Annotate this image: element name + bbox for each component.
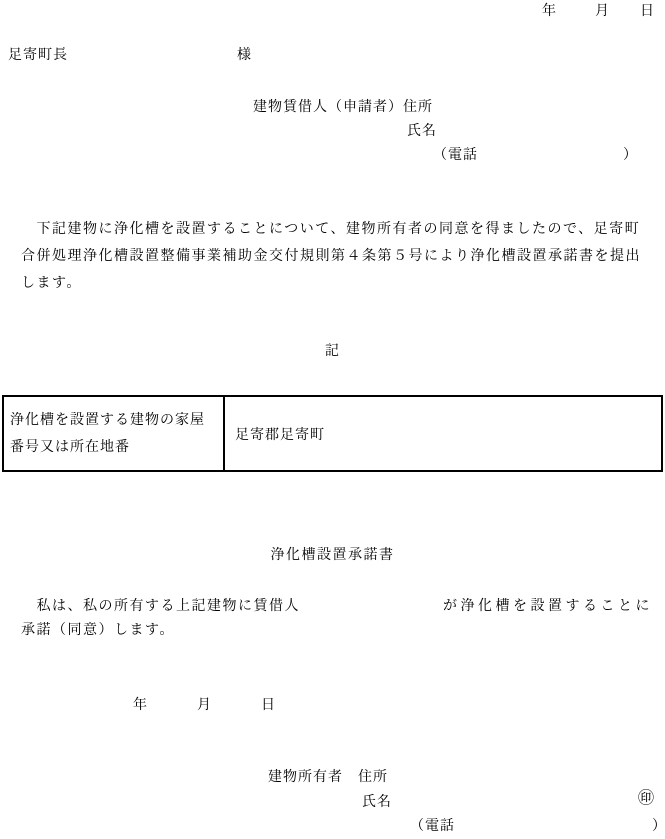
applicant-name-label: 氏名 — [407, 124, 437, 139]
applicant-address-label: 建物賃借人（申請者）住所 — [253, 100, 433, 115]
body-paragraph-line3: します。 — [21, 276, 82, 291]
table-label-line2: 番号又は所在地番 — [10, 434, 223, 461]
body-paragraph-line2: 合併処理浄化槽設置整備事業補助金交付規則第４条第５号により浄化槽設置承諾書を提出 — [21, 249, 641, 264]
top-date-day-label: 日 — [640, 4, 655, 19]
consent-date-year-label: 年 — [133, 698, 148, 713]
addressee-honorific: 様 — [237, 48, 252, 63]
consent-date-day-label: 日 — [261, 698, 276, 713]
owner-address-label: 建物所有者 住所 — [268, 770, 388, 785]
top-date-year-label: 年 — [542, 4, 557, 19]
owner-name-label: 氏名 — [362, 795, 392, 810]
consent-line1-post: が浄化槽を設置することに — [443, 599, 653, 614]
addressee-title: 足寄町長 — [8, 48, 68, 63]
seal-mark-icon: ㊞ — [638, 791, 654, 806]
record-marker: 記 — [0, 344, 665, 359]
consent-form-page: 年 月 日 足寄町長 様 建物賃借人（申請者）住所 氏名 （電話 ） 下記建物に… — [0, 0, 665, 839]
consent-line2: 承諾（同意）します。 — [21, 623, 175, 638]
owner-phone-close: ） — [652, 819, 665, 834]
consent-section-title: 浄化槽設置承諾書 — [0, 548, 665, 563]
table-value-cell: 足寄郡足寄町 — [225, 397, 661, 470]
applicant-phone-close: ） — [623, 148, 638, 163]
top-date-month-label: 月 — [595, 4, 610, 19]
table-label-cell: 浄化槽を設置する建物の家屋 番号又は所在地番 — [4, 397, 225, 470]
applicant-phone-open: （電話 — [433, 148, 478, 163]
owner-phone-open: （電話 — [410, 819, 455, 834]
building-location-table: 浄化槽を設置する建物の家屋 番号又は所在地番 足寄郡足寄町 — [2, 395, 663, 472]
consent-line1-pre: 私は、私の所有する上記建物に賃借人 — [21, 599, 300, 614]
table-value-text: 足寄郡足寄町 — [235, 424, 325, 444]
body-paragraph-line1: 下記建物に浄化槽を設置することについて、建物所有者の同意を得ましたので、足寄町 — [21, 222, 640, 237]
table-label-line1: 浄化槽を設置する建物の家屋 — [10, 407, 223, 434]
consent-date-month-label: 月 — [197, 698, 212, 713]
